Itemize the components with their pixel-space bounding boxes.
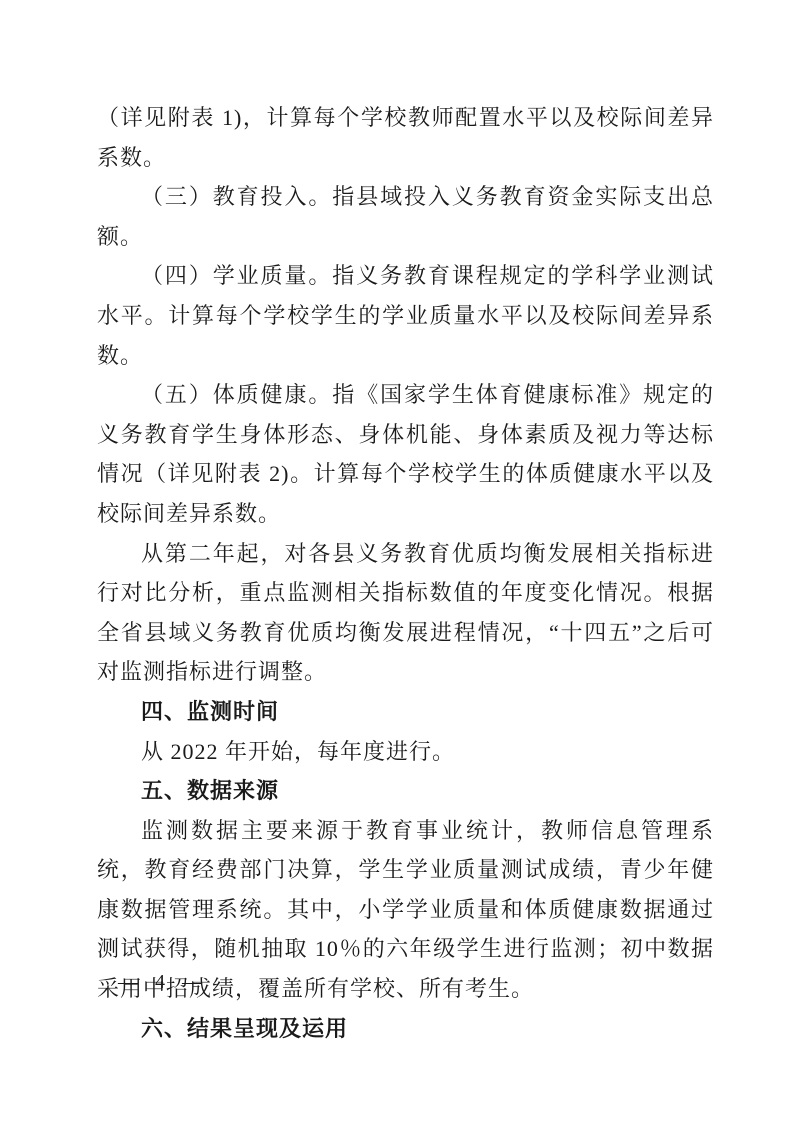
page-number: — 4 — <box>118 971 204 994</box>
paragraph-continuation: （详见附表 1)，计算每个学校教师配置水平以及校际间差异系数。 <box>97 98 714 177</box>
paragraph-monitoring-time: 从 2022 年开始，每年度进行。 <box>97 732 714 772</box>
paragraph-yearly-comparison: 从第二年起，对各县义务教育优质均衡发展相关指标进行对比分析，重点监测相关指标数值… <box>97 534 714 692</box>
section-heading-4-monitoring-time: 四、监测时间 <box>97 692 714 732</box>
section-heading-5-data-sources: 五、数据来源 <box>97 771 714 811</box>
paragraph-item-3-education-investment: （三）教育投入。指县域投入义务教育资金实际支出总额。 <box>97 177 714 256</box>
paragraph-item-5-physical-health: （五）体质健康。指《国家学生体育健康标准》规定的义务教育学生身体形态、身体机能、… <box>97 375 714 533</box>
section-heading-6-results-usage: 六、结果呈现及运用 <box>97 1009 714 1049</box>
document-content: （详见附表 1)，计算每个学校教师配置水平以及校际间差异系数。 （三）教育投入。… <box>97 98 714 1048</box>
document-page: （详见附表 1)，计算每个学校教师配置水平以及校际间差异系数。 （三）教育投入。… <box>0 0 799 1131</box>
paragraph-item-4-academic-quality: （四）学业质量。指义务教育课程规定的学科学业测试水平。计算每个学校学生的学业质量… <box>97 256 714 375</box>
